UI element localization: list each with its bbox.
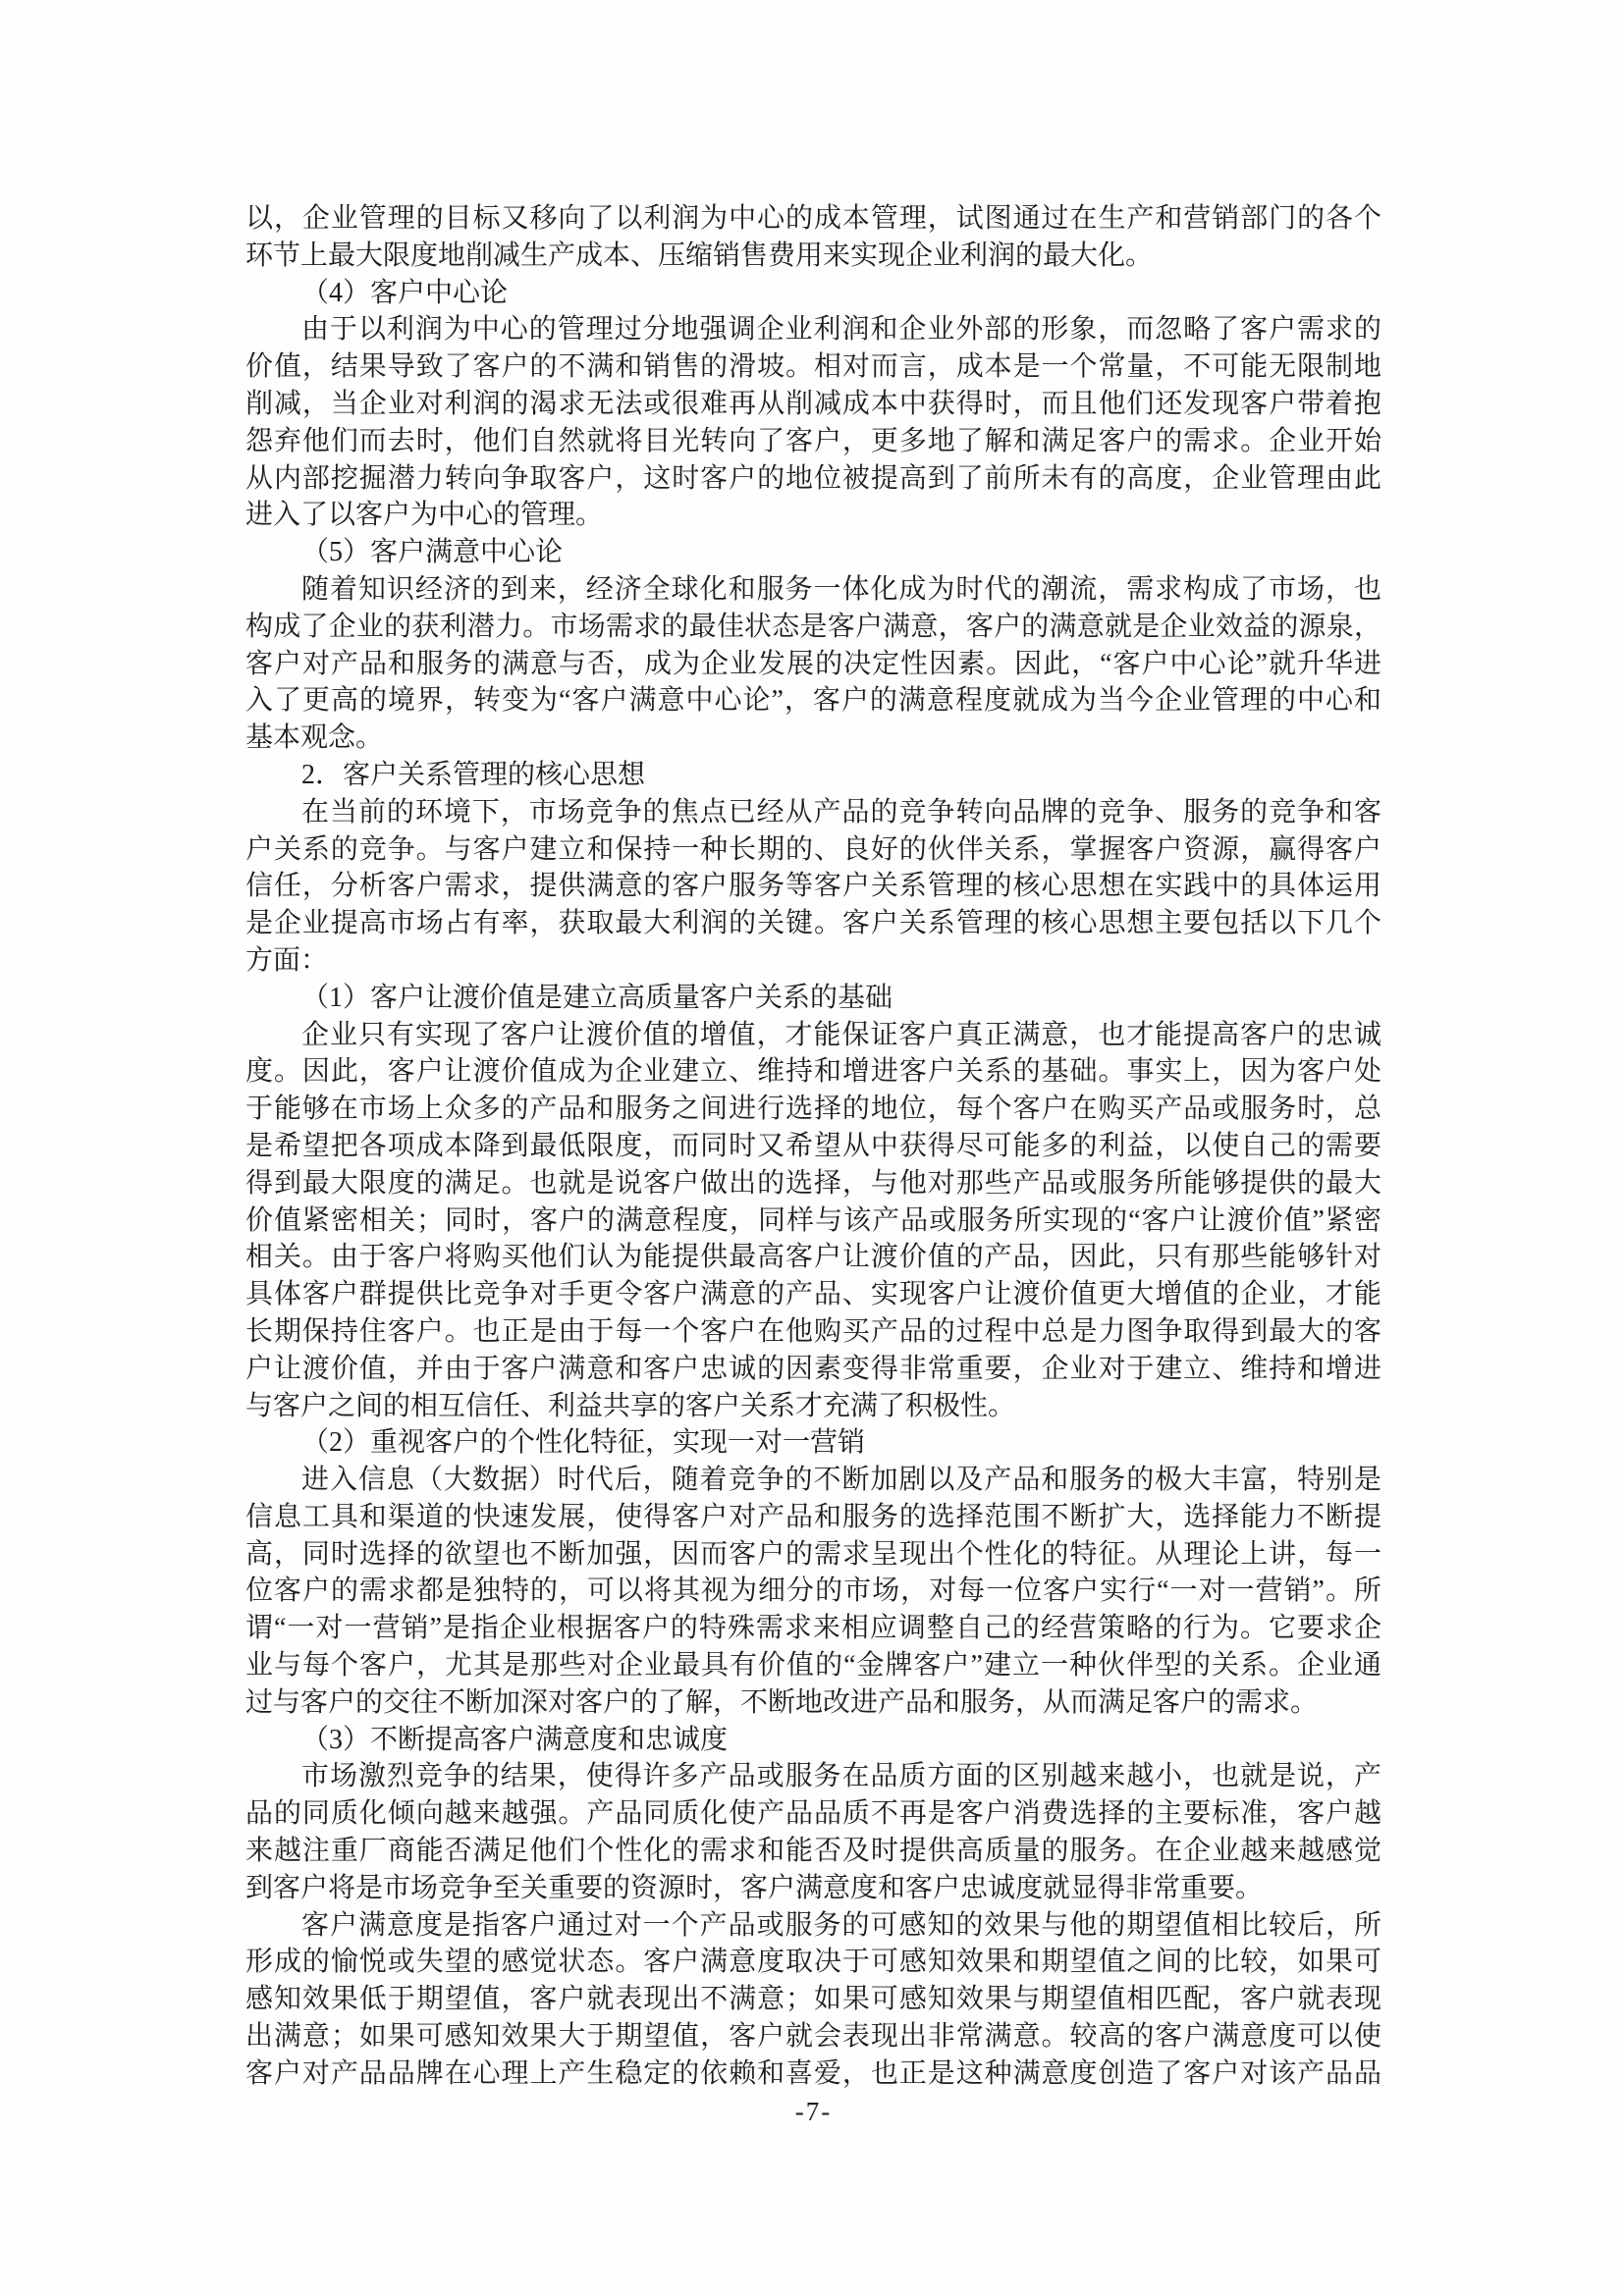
text-line: 入了更高的境界，转变为“客户满意中心论”，客户的满意程度就成为当今企业管理的中心… xyxy=(245,682,1381,720)
text-line: 客户满意度是指客户通过对一个产品或服务的可感知的效果与他的期望值相比较后，所 xyxy=(245,1907,1381,1945)
page-number: -7- xyxy=(245,2097,1381,2127)
text-line: 客户对产品和服务的满意与否，成为企业发展的决定性因素。因此，“客户中心论”就升华… xyxy=(245,646,1381,683)
text-line: 信息工具和渠道的快速发展，使得客户对产品和服务的选择范围不断扩大，选择能力不断提 xyxy=(245,1499,1381,1536)
text-line: 企业只有实现了客户让渡价值的增值，才能保证客户真正满意，也才能提高客户的忠诚 xyxy=(245,1017,1381,1054)
text-line: 于能够在市场上众多的产品和服务之间进行选择的地位，每个客户在购买产品或服务时，总 xyxy=(245,1091,1381,1128)
text-line: 怨弃他们而去时，他们自然就将目光转向了客户，更多地了解和满足客户的需求。企业开始 xyxy=(245,423,1381,460)
text-line: 从内部挖掘潜力转向争取客户，这时客户的地位被提高到了前所未有的高度，企业管理由此 xyxy=(245,460,1381,498)
text-line: 随着知识经济的到来，经济全球化和服务一体化成为时代的潮流，需求构成了市场，也 xyxy=(245,571,1381,609)
text-line: 客户对产品品牌在心理上产生稳定的依赖和喜爱，也正是这种满意度创造了客户对该产品品 xyxy=(245,2056,1381,2093)
text-line: 相关。由于客户将购买他们认为能提供最高客户让渡价值的产品，因此，只有那些能够针对 xyxy=(245,1239,1381,1276)
text-line: 构成了企业的获利潜力。市场需求的最佳状态是客户满意，客户的满意就是企业效益的源泉… xyxy=(245,609,1381,646)
text-line: 价值紧密相关；同时，客户的满意程度，同样与该产品或服务所实现的“客户让渡价值”紧… xyxy=(245,1202,1381,1240)
text-line: 在当前的环境下，市场竞争的焦点已经从产品的竞争转向品牌的竞争、服务的竞争和客 xyxy=(245,794,1381,831)
text-line: 信任，分析客户需求，提供满意的客户服务等客户关系管理的核心思想在实践中的具体运用 xyxy=(245,868,1381,905)
text-line: 以，企业管理的目标又移向了以利润为中心的成本管理，试图通过在生产和营销部门的各个 xyxy=(245,200,1381,238)
text-line: 价值，结果导致了客户的不满和销售的滑坡。相对而言，成本是一个常量，不可能无限制地 xyxy=(245,348,1381,386)
text-line: （3）不断提高客户满意度和忠诚度 xyxy=(245,1722,1381,1759)
text-line: 业与每个客户，尤其是那些对企业最具有价值的“金牌客户”建立一种伙伴型的关系。企业… xyxy=(245,1647,1381,1684)
text-line: 来越注重厂商能否满足他们个性化的需求和能否及时提供高质量的服务。在企业越来越感觉 xyxy=(245,1833,1381,1870)
text-line: 环节上最大限度地削减生产成本、压缩销售费用来实现企业利润的最大化。 xyxy=(245,238,1381,275)
text-line: 得到最大限度的满足。也就是说客户做出的选择，与他对那些产品或服务所能够提供的最大 xyxy=(245,1165,1381,1202)
text-line: 削减，当企业对利润的渴求无法或很难再从削减成本中获得时，而且他们还发现客户带着抱 xyxy=(245,386,1381,423)
text-line: 户让渡价值，并由于客户满意和客户忠诚的因素变得非常重要，企业对于建立、维持和增进 xyxy=(245,1351,1381,1388)
text-line: （4）客户中心论 xyxy=(245,275,1381,312)
text-line: 位客户的需求都是独特的，可以将其视为细分的市场，对每一位客户实行“一对一营销”。… xyxy=(245,1573,1381,1610)
text-line: 过与客户的交往不断加深对客户的了解，不断地改进产品和服务，从而满足客户的需求。 xyxy=(245,1684,1381,1722)
text-line: 基本观念。 xyxy=(245,720,1381,757)
text-line: （5）客户满意中心论 xyxy=(245,534,1381,571)
text-block: 以，企业管理的目标又移向了以利润为中心的成本管理，试图通过在生产和营销部门的各个… xyxy=(245,200,1381,2093)
text-line: 2．客户关系管理的核心思想 xyxy=(245,757,1381,794)
text-line: 感知效果低于期望值，客户就表现出不满意；如果可感知效果与期望值相匹配，客户就表现 xyxy=(245,1981,1381,2018)
text-line: 是企业提高市场占有率，获取最大利润的关键。客户关系管理的核心思想主要包括以下几个 xyxy=(245,905,1381,942)
text-line: 到客户将是市场竞争至关重要的资源时，客户满意度和客户忠诚度就显得非常重要。 xyxy=(245,1870,1381,1907)
text-line: （2）重视客户的个性化特征，实现一对一营销 xyxy=(245,1424,1381,1462)
text-line: 与客户之间的相互信任、利益共享的客户关系才充满了积极性。 xyxy=(245,1388,1381,1425)
text-line: 高，同时选择的欲望也不断加强，因而客户的需求呈现出个性化的特征。从理论上讲，每一 xyxy=(245,1536,1381,1574)
text-line: 户关系的竞争。与客户建立和保持一种长期的、良好的伙伴关系，掌握客户资源，赢得客户 xyxy=(245,831,1381,869)
text-line: 谓“一对一营销”是指企业根据客户的特殊需求来相应调整自己的经营策略的行为。它要求… xyxy=(245,1610,1381,1647)
text-line: 度。因此，客户让渡价值成为企业建立、维持和增进客户关系的基础。事实上，因为客户处 xyxy=(245,1053,1381,1091)
text-line: 长期保持住客户。也正是由于每一个客户在他购买产品的过程中总是力图争取得到最大的客 xyxy=(245,1313,1381,1351)
document-page: 以，企业管理的目标又移向了以利润为中心的成本管理，试图通过在生产和营销部门的各个… xyxy=(0,0,1624,2296)
text-line: 由于以利润为中心的管理过分地强调企业利润和企业外部的形象，而忽略了客户需求的 xyxy=(245,311,1381,348)
text-line: 市场激烈竞争的结果，使得许多产品或服务在品质方面的区别越来越小，也就是说，产 xyxy=(245,1758,1381,1795)
text-line: 进入了以客户为中心的管理。 xyxy=(245,497,1381,534)
text-line: 是希望把各项成本降到最低限度，而同时又希望从中获得尽可能多的利益，以使自己的需要 xyxy=(245,1128,1381,1165)
text-line: 品的同质化倾向越来越强。产品同质化使产品品质不再是客户消费选择的主要标准，客户越 xyxy=(245,1795,1381,1833)
text-line: （1）客户让渡价值是建立高质量客户关系的基础 xyxy=(245,980,1381,1017)
text-line: 形成的愉悦或失望的感觉状态。客户满意度取决于可感知效果和期望值之间的比较，如果可 xyxy=(245,1944,1381,1981)
text-line: 具体客户群提供比竞争对手更令客户满意的产品、实现客户让渡价值更大增值的企业，才能 xyxy=(245,1276,1381,1313)
text-line: 方面： xyxy=(245,942,1381,980)
text-line: 出满意；如果可感知效果大于期望值，客户就会表现出非常满意。较高的客户满意度可以使 xyxy=(245,2018,1381,2056)
text-line: 进入信息（大数据）时代后，随着竞争的不断加剧以及产品和服务的极大丰富，特别是 xyxy=(245,1462,1381,1499)
